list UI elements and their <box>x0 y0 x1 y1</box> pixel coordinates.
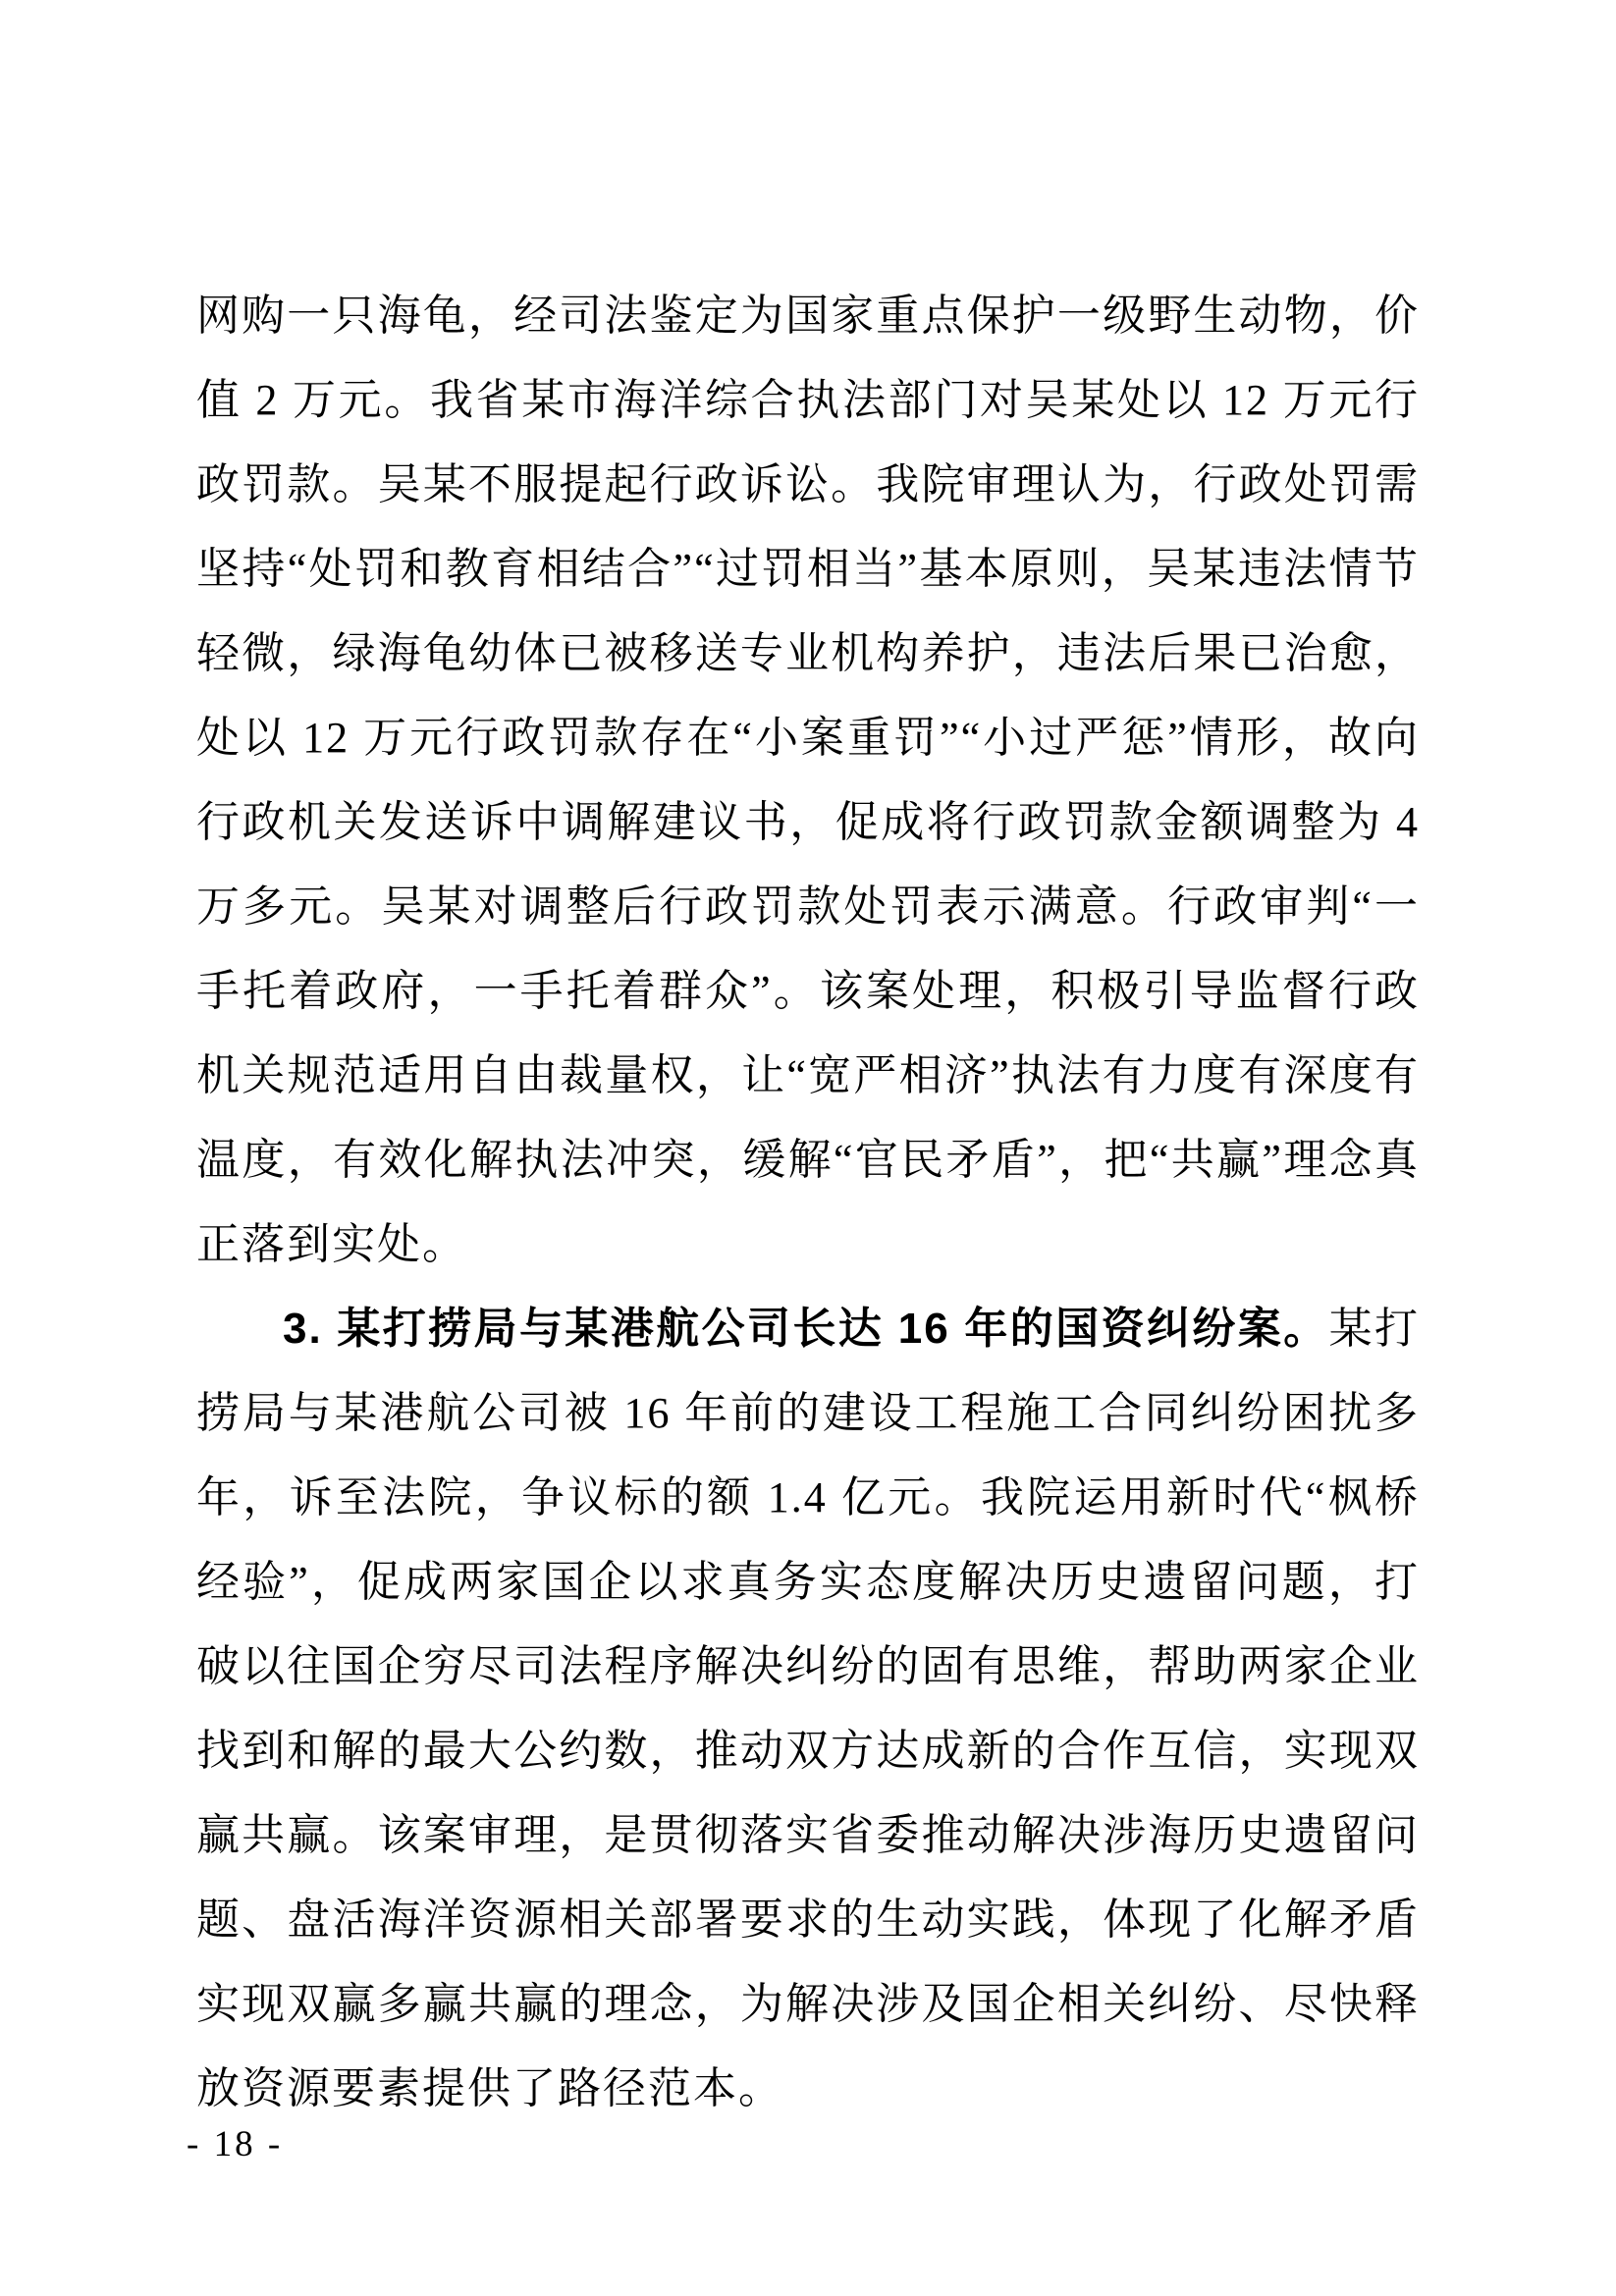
paragraph-sea-turtle-case: 网购一只海龟，经司法鉴定为国家重点保护一级野生动物，价值 2 万元。我省某市海洋… <box>196 274 1420 1287</box>
text-content: 网购一只海龟，经司法鉴定为国家重点保护一级野生动物，价值 2 万元。我省某市海洋… <box>196 274 1420 2131</box>
paragraph-sea-turtle-case-text: 网购一只海龟，经司法鉴定为国家重点保护一级野生动物，价值 2 万元。我省某市海洋… <box>196 292 1420 1268</box>
paragraph-salvage-dispute-case: 3. 某打捞局与某港航公司长达 16 年的国资纠纷案。某打捞局与某港航公司被 1… <box>196 1287 1420 2131</box>
document-page: 网购一只海龟，经司法鉴定为国家重点保护一级野生动物，价值 2 万元。我省某市海洋… <box>0 0 1616 2296</box>
page-number: - 18 - <box>187 2123 283 2165</box>
case-heading-bold: 3. 某打捞局与某港航公司长达 16 年的国资纠纷案。 <box>283 1305 1329 1353</box>
paragraph-salvage-dispute-case-text: 某打捞局与某港航公司被 16 年前的建设工程施工合同纠纷困扰多年，诉至法院，争议… <box>196 1305 1420 2112</box>
